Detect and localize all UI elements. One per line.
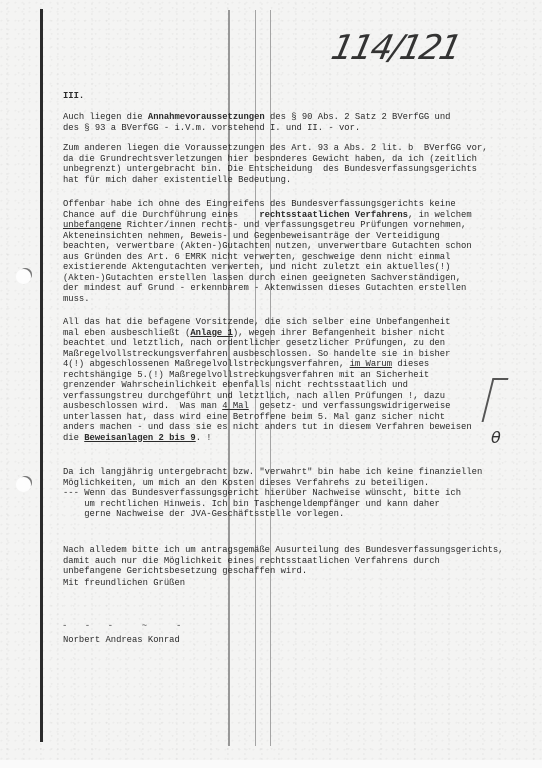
handwritten-page-number: 114/121 xyxy=(328,28,464,68)
text-run: beachtet und letztlich, nach ordentliche… xyxy=(63,338,445,348)
text-run: unbefangene Gerichtsbesetzung geschaffen… xyxy=(63,566,307,576)
text-run: --- Wenn das Bundesverfassungsgericht hi… xyxy=(63,488,461,498)
text-run: Chance auf die Durchführung eines xyxy=(63,210,259,220)
text-line: Nach alledem bitte ich um antragsgemäße … xyxy=(63,545,504,556)
signatory-name: Norbert Andreas Konrad xyxy=(63,635,180,646)
text-run: Auch liegen die xyxy=(63,112,148,122)
text-line: unbefangene Richter/innen rechts- und ve… xyxy=(63,220,466,231)
text-run: ausbeschlossen wird. Was man xyxy=(63,401,222,411)
text-line: die Beweisanlagen 2 bis 9. ! xyxy=(63,433,212,444)
emphasized-text: Annahmevoraussetzungen xyxy=(148,112,265,122)
text-run: Akteneinsichten nehmen, Beweis- und Gege… xyxy=(63,231,440,241)
text-run: Nach alledem bitte ich um antragsgemäße … xyxy=(63,545,504,555)
text-run: unbegrenzt) untergebracht bin. Die Entsc… xyxy=(63,164,477,174)
text-run: damit auch nur die Möglichkeit eines rec… xyxy=(63,556,440,566)
text-line: rechtshängige 5.(!) Maßregelvollstreckun… xyxy=(63,370,429,381)
text-run: anders machen - und dass sie es nicht an… xyxy=(63,422,472,432)
text-run: verfassungstreu durchgeführt und letztli… xyxy=(63,391,445,401)
emphasized-text: im Warum xyxy=(350,359,392,369)
signature-scribble: - - - ~ - xyxy=(62,621,187,631)
text-line: (Akten-)Gutachten erstellen lassen durch… xyxy=(63,273,461,284)
text-run: unterlassen hat, dass wird eine Betroffe… xyxy=(63,412,445,422)
closing-salutation: Mit freundlichen Grüßen xyxy=(63,578,185,589)
text-run: Da ich langjährig untergebracht bzw. "ve… xyxy=(63,467,482,477)
text-line: muss. xyxy=(63,294,90,305)
emphasized-text: Anlage 1 xyxy=(190,328,232,338)
text-run: beachten, verwertbare (Akten-)Gutachten … xyxy=(63,241,472,251)
text-line: beachtet und letztlich, nach ordentliche… xyxy=(63,338,445,349)
text-run: . ! xyxy=(196,433,212,443)
letter-body: III. Auch liegen die Annahmevoraussetzun… xyxy=(63,0,84,179)
text-line: Offenbar habe ich ohne des Eingreifens d… xyxy=(63,199,456,210)
text-run: Zum anderen liegen die Voraussetzungen d… xyxy=(63,143,488,153)
text-run: der mindest auf Grund - erkennbarem - Ak… xyxy=(63,283,466,293)
text-line: mal eben ausbeschließt (Anlage 1), wegen… xyxy=(63,328,445,339)
emphasized-text: Beweisanlagen 2 bis 9 xyxy=(84,433,195,443)
text-line: der mindest auf Grund - erkennbarem - Ak… xyxy=(63,283,466,294)
text-line: Möglichkeiten, um mich an den Kosten die… xyxy=(63,478,429,489)
text-run: ), wegen ihrer Befangenheit bisher nicht xyxy=(233,328,445,338)
text-line: um rechtlichen Hinweis. Ich bin Tascheng… xyxy=(63,499,440,510)
text-line: 4(!) abgeschlossenen Maßregelvollstrecku… xyxy=(63,359,429,370)
text-line: All das hat die befagene Vorsitzende, di… xyxy=(63,317,450,328)
text-line: Chance auf die Durchführung eines rechts… xyxy=(63,210,472,221)
text-run: existierende Aktengutachten verwerten, u… xyxy=(63,262,450,272)
text-run: gerne Nachweise der JVA-Geschäftsstelle … xyxy=(63,509,344,519)
text-run: Maßregelvollstreckungsverfahren ausbesch… xyxy=(63,349,450,359)
text-run: Möglichkeiten, um mich an den Kosten die… xyxy=(63,478,429,488)
handwritten-theta-mark: θ xyxy=(491,428,501,447)
text-line: Da ich langjährig untergebracht bzw. "ve… xyxy=(63,467,482,478)
text-line: da die Grundrechtsverletzungen hier beso… xyxy=(63,154,477,165)
text-run: um rechtlichen Hinweis. Ich bin Tascheng… xyxy=(63,499,440,509)
text-line: verfassungstreu durchgeführt und letztli… xyxy=(63,391,445,402)
text-run: hat für mich daher existentielle Bedeutu… xyxy=(63,175,291,185)
text-line: Auch liegen die Annahmevoraussetzungen d… xyxy=(63,112,450,123)
punch-hole xyxy=(16,477,31,492)
text-line: Akteneinsichten nehmen, Beweis- und Gege… xyxy=(63,231,440,242)
text-line: gerne Nachweise der JVA-Geschäftsstelle … xyxy=(63,509,344,520)
left-margin-bar xyxy=(40,9,43,742)
text-run: (Akten-)Gutachten erstellen lassen durch… xyxy=(63,273,461,283)
text-line: hat für mich daher existentielle Bedeutu… xyxy=(63,175,291,186)
text-run: Offenbar habe ich ohne des Eingreifens d… xyxy=(63,199,456,209)
text-run: da die Grundrechtsverletzungen hier beso… xyxy=(63,154,477,164)
text-run: dieses xyxy=(392,359,429,369)
text-line: unbegrenzt) untergebracht bin. Die Entsc… xyxy=(63,164,477,175)
emphasized-text: 4 Mal xyxy=(222,401,249,411)
text-line: unterlassen hat, dass wird eine Betroffe… xyxy=(63,412,445,423)
text-line: --- Wenn das Bundesverfassungsgericht hi… xyxy=(63,488,461,499)
text-line: beachten, verwertbare (Akten-)Gutachten … xyxy=(63,241,472,252)
emphasized-text: unbefangene xyxy=(63,220,121,230)
handwritten-bracket-mark xyxy=(482,378,509,422)
text-run: 4(!) abgeschlossenen Maßregelvollstrecku… xyxy=(63,359,350,369)
text-line: des § 93 a BVerfGG - i.V.m. vorstehend I… xyxy=(63,123,360,134)
text-run: mal eben ausbeschließt ( xyxy=(63,328,190,338)
text-line: ausbeschlossen wird. Was man 4 Mal geset… xyxy=(63,401,450,412)
text-line: Zum anderen liegen die Voraussetzungen d… xyxy=(63,143,488,154)
text-line: aus Gründen des Art. 6 EMRK nicht verwer… xyxy=(63,252,450,263)
section-heading: III. xyxy=(63,91,84,102)
text-line: anders machen - und dass sie es nicht an… xyxy=(63,422,472,433)
text-line: unbefangene Gerichtsbesetzung geschaffen… xyxy=(63,566,307,577)
text-run: aus Gründen des Art. 6 EMRK nicht verwer… xyxy=(63,252,450,262)
text-run: All das hat die befagene Vorsitzende, di… xyxy=(63,317,450,327)
text-line: grenzender Wahrscheinlichkeit ebenfalls … xyxy=(63,380,408,391)
text-run: gesetz- und verfassungswidrigerweise xyxy=(249,401,451,411)
page-bottom-edge xyxy=(0,760,542,768)
text-run: , in welchem xyxy=(408,210,472,220)
scanned-page: 114/121 θ , III. Auch liegen die Annahme… xyxy=(0,0,542,768)
text-line: damit auch nur die Möglichkeit eines rec… xyxy=(63,556,440,567)
text-run: die xyxy=(63,433,84,443)
text-run: Richter/innen rechts- und verfassungsget… xyxy=(121,220,466,230)
punch-hole xyxy=(16,269,31,284)
text-run: des § 93 a BVerfGG - i.V.m. vorstehend I… xyxy=(63,123,360,133)
text-run: rechtshängige 5.(!) Maßregelvollstreckun… xyxy=(63,370,429,380)
text-run: des § 90 Abs. 2 Satz 2 BVerfGG und xyxy=(265,112,451,122)
text-run: grenzender Wahrscheinlichkeit ebenfalls … xyxy=(63,380,408,390)
text-run: muss. xyxy=(63,294,90,304)
text-line: Maßregelvollstreckungsverfahren ausbesch… xyxy=(63,349,450,360)
emphasized-text: rechtsstaatlichen Verfahrens xyxy=(259,210,408,220)
text-line: existierende Aktengutachten verwerten, u… xyxy=(63,262,450,273)
